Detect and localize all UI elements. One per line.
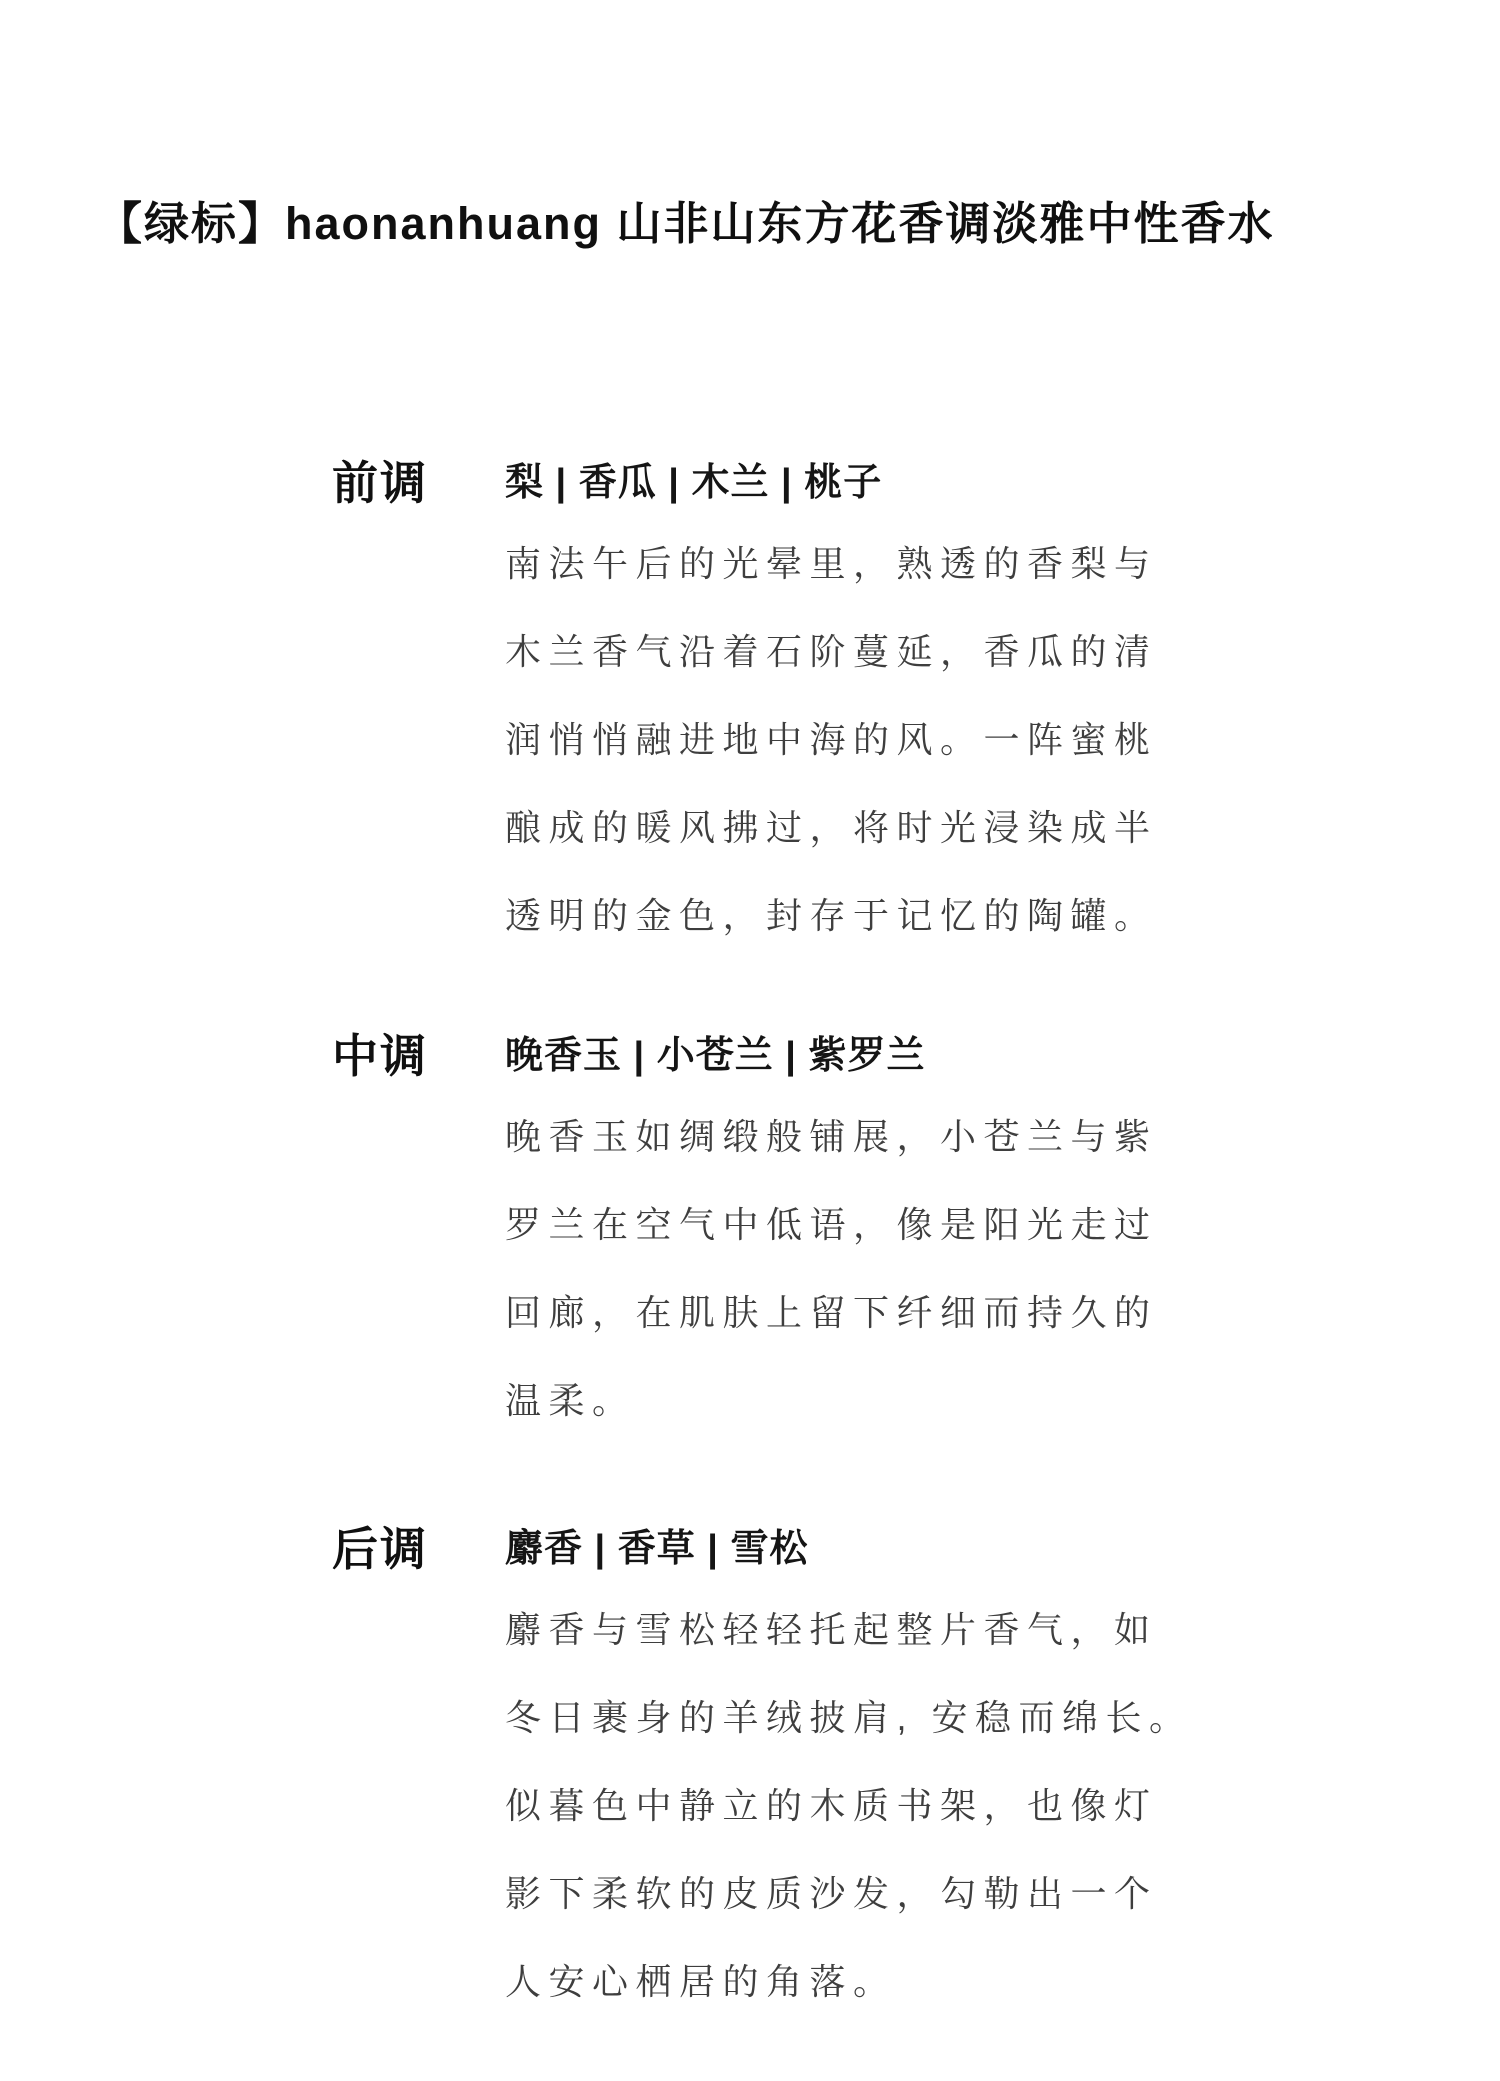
- description-line: 麝香与雪松轻轻托起整片香气，如: [505, 1586, 1205, 1674]
- middle-notes-content: 晚香玉 | 小苍兰 | 紫罗兰 晚香玉如绸缎般铺展，小苍兰与紫 罗兰在空气中低语…: [505, 1031, 1205, 1445]
- description-line: 冬日裹身的羊绒披肩, 安稳而绵长。: [505, 1674, 1205, 1762]
- middle-notes-label-column: 中调: [332, 1031, 505, 1081]
- middle-notes-ingredients: 晚香玉 | 小苍兰 | 紫罗兰: [505, 1031, 1205, 1081]
- base-notes-stage-label: 后调: [332, 1524, 505, 1574]
- description-line: 罗兰在空气中低语，像是阳光走过: [505, 1181, 1205, 1269]
- top-notes-content: 梨 | 香瓜 | 木兰 | 桃子 南法午后的光晕里，熟透的香梨与 木兰香气沿着石…: [505, 458, 1205, 960]
- top-notes-label-column: 前调: [332, 458, 505, 508]
- middle-notes-description: 晚香玉如绸缎般铺展，小苍兰与紫 罗兰在空气中低语，像是阳光走过 回廊，在肌肤上留…: [505, 1093, 1205, 1445]
- top-notes-stage-label: 前调: [332, 458, 505, 508]
- description-line: 木兰香气沿着石阶蔓延，香瓜的清: [505, 608, 1205, 696]
- middle-notes-stage-label: 中调: [332, 1031, 505, 1081]
- description-line: 温柔。: [505, 1357, 1205, 1445]
- description-line: 似暮色中静立的木质书架，也像灯: [505, 1762, 1205, 1850]
- base-notes-description: 麝香与雪松轻轻托起整片香气，如 冬日裹身的羊绒披肩, 安稳而绵长。 似暮色中静立…: [505, 1586, 1205, 2026]
- description-line: 影下柔软的皮质沙发，勾勒出一个: [505, 1850, 1205, 1938]
- top-notes-ingredients: 梨 | 香瓜 | 木兰 | 桃子: [505, 458, 1205, 508]
- description-line: 酿成的暖风拂过，将时光浸染成半: [505, 784, 1205, 872]
- description-line: 透明的金色，封存于记忆的陶罐。: [505, 872, 1205, 960]
- middle-notes-section: 中调 晚香玉 | 小苍兰 | 紫罗兰 晚香玉如绸缎般铺展，小苍兰与紫 罗兰在空气…: [332, 1031, 1500, 1445]
- base-notes-content: 麝香 | 香草 | 雪松 麝香与雪松轻轻托起整片香气，如 冬日裹身的羊绒披肩, …: [505, 1524, 1205, 2026]
- description-line: 润悄悄融进地中海的风。一阵蜜桃: [505, 696, 1205, 784]
- page-title: 【绿标】haonanhuang 山非山东方花香调淡雅中性香水: [0, 0, 1500, 252]
- description-line: 南法午后的光晕里，熟透的香梨与: [505, 520, 1205, 608]
- description-line: 晚香玉如绸缎般铺展，小苍兰与紫: [505, 1093, 1205, 1181]
- base-notes-ingredients: 麝香 | 香草 | 雪松: [505, 1524, 1205, 1574]
- base-notes-section: 后调 麝香 | 香草 | 雪松 麝香与雪松轻轻托起整片香气，如 冬日裹身的羊绒披…: [332, 1524, 1500, 2026]
- product-description-page: 【绿标】haonanhuang 山非山东方花香调淡雅中性香水 前调 梨 | 香瓜…: [0, 0, 1500, 2081]
- description-line: 人安心栖居的角落。: [505, 1938, 1205, 2026]
- description-line: 回廊，在肌肤上留下纤细而持久的: [505, 1269, 1205, 1357]
- top-notes-description: 南法午后的光晕里，熟透的香梨与 木兰香气沿着石阶蔓延，香瓜的清 润悄悄融进地中海…: [505, 520, 1205, 960]
- top-notes-section: 前调 梨 | 香瓜 | 木兰 | 桃子 南法午后的光晕里，熟透的香梨与 木兰香气…: [332, 458, 1500, 960]
- base-notes-label-column: 后调: [332, 1524, 505, 1574]
